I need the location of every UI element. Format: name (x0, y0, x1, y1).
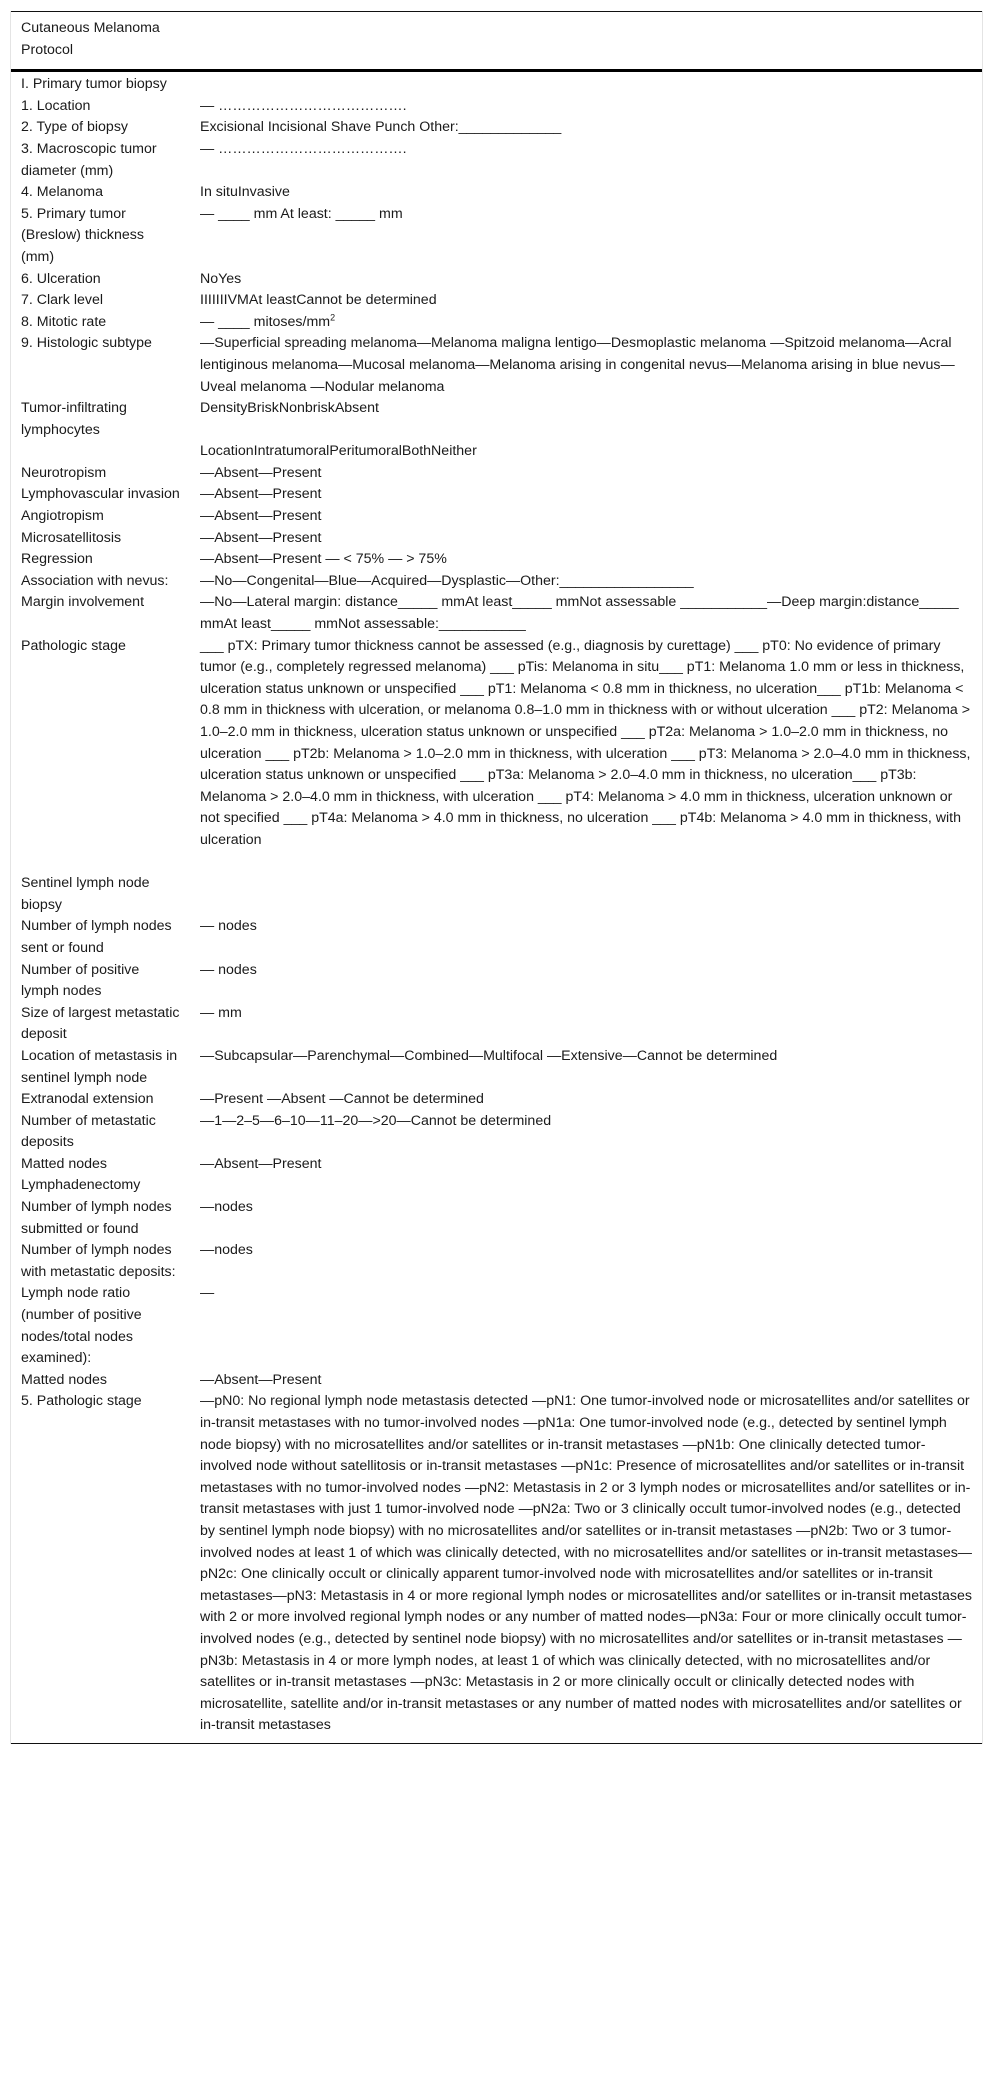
row-label: Tumor-infiltrating lymphocytes (11, 398, 190, 463)
value-text: —No—Congenital—Blue—Acquired—Dysplastic—… (200, 573, 694, 589)
protocol-table-container: Cutaneous Melanoma Protocol I. Primary t… (10, 11, 983, 1744)
row-value: —Absent—Present (190, 1370, 982, 1392)
table-row: Lymph node ratio (number of positive nod… (11, 1283, 982, 1369)
table-row: 9. Histologic subtype —Superficial sprea… (11, 333, 982, 398)
row-value: Excisional Incisional Shave Punch Other:… (190, 117, 982, 139)
table-body: I. Primary tumor biopsy 1. Location — ……… (11, 71, 982, 1744)
row-value-text: —nodes (200, 1240, 972, 1262)
value-text: IIIIIIIVMAt leastCannot be determined (200, 292, 437, 308)
row-value: —Absent—Present — < 75% — > 75% (190, 549, 982, 571)
row-value-text: — nodes (200, 960, 972, 982)
value-text: —1—2–5—6–10—11–20—>20—Cannot be determin… (200, 1113, 551, 1129)
table-row: 8. Mitotic rate — ____ mitoses/mm2 (11, 312, 982, 334)
row-value: — mm (190, 1003, 982, 1046)
value-text: —Absent—Present (200, 486, 321, 502)
row-value: NoYes (190, 269, 982, 291)
table-row: Margin involvement —No—Lateral margin: d… (11, 592, 982, 635)
row-value: —nodes (190, 1240, 982, 1283)
row-label: 5. Primary tumor (Breslow) thickness (mm… (11, 204, 190, 269)
row-value: In situInvasive (190, 182, 982, 204)
row-value-text: — nodes (200, 916, 972, 938)
table-row: Number of metastatic deposits —1—2–5—6–1… (11, 1111, 982, 1154)
value-text: —Absent—Present (200, 530, 321, 546)
value-text: —Superficial spreading melanoma—Melanoma… (200, 335, 955, 394)
table-title: Cutaneous Melanoma Protocol (21, 18, 181, 61)
row-value-text: —Absent—Present (200, 1370, 972, 1392)
row-value-text: — mm (200, 1003, 972, 1025)
row-value: —Absent—Present (190, 1154, 982, 1176)
row-label: 1. Location (11, 96, 190, 118)
row-value: —Absent—Present (190, 506, 982, 528)
table-row: Size of largest metastatic deposit — mm (11, 1003, 982, 1046)
table-row: Association with nevus: —No—Congenital—B… (11, 571, 982, 593)
row-value: —Superficial spreading melanoma—Melanoma… (190, 333, 982, 398)
row-value-text: DensityBriskNonbriskAbsent (200, 398, 972, 420)
row-value: — (190, 1283, 982, 1369)
value-text: — nodes (200, 962, 257, 978)
row-label: Number of lymph nodes with metastatic de… (11, 1240, 190, 1283)
row-value (190, 873, 982, 916)
table-header: Cutaneous Melanoma Protocol (11, 12, 982, 71)
row-value-text: ___ pTX: Primary tumor thickness cannot … (200, 636, 972, 852)
table-row: Matted nodes —Absent—Present (11, 1370, 982, 1392)
row-label: Number of lymph nodes submitted or found (11, 1197, 190, 1240)
row-value-text: — …………………………………. (200, 139, 972, 161)
row-value-text: — …………………………………. (200, 96, 972, 118)
table-row: Regression —Absent—Present — < 75% — > 7… (11, 549, 982, 571)
value-text: DensityBriskNonbriskAbsent (200, 400, 379, 416)
row-value-text: LocationIntratumoralPeritumoralBothNeith… (200, 441, 972, 463)
table-row: Lymphadenectomy (11, 1175, 982, 1197)
row-value-text: IIIIIIIVMAt leastCannot be determined (200, 290, 972, 312)
row-value: —1—2–5—6–10—11–20—>20—Cannot be determin… (190, 1111, 982, 1154)
table-header-row: Cutaneous Melanoma Protocol (11, 12, 982, 71)
value-text: In situInvasive (200, 184, 290, 200)
row-value: — nodes (190, 960, 982, 1003)
row-value: —pN0: No regional lymph node metastasis … (190, 1391, 982, 1743)
table-row: Number of lymph nodes submitted or found… (11, 1197, 982, 1240)
value-text: — ____ mitoses/mm (200, 314, 330, 330)
table-row: Number of lymph nodes with metastatic de… (11, 1240, 982, 1283)
row-value: — …………………………………. (190, 139, 982, 182)
row-value-text: — (200, 1283, 972, 1305)
row-value-text: — ____ mm At least: _____ mm (200, 204, 972, 226)
value-text: —Absent—Present (200, 1372, 321, 1388)
value-text: —Absent—Present (200, 508, 321, 524)
table-row: Tumor-infiltrating lymphocytes DensityBr… (11, 398, 982, 463)
row-value: —Present —Absent —Cannot be determined (190, 1089, 982, 1111)
table-row: 7. Clark level IIIIIIIVMAt leastCannot b… (11, 290, 982, 312)
row-value: — ____ mitoses/mm2 (190, 312, 982, 334)
row-value: —Absent—Present (190, 463, 982, 485)
table-row: Lymphovascular invasion —Absent—Present (11, 484, 982, 506)
row-label: 3. Macroscopic tumor diameter (mm) (11, 139, 190, 182)
row-value-text: Excisional Incisional Shave Punch Other:… (200, 117, 972, 139)
value-text: —No—Lateral margin: distance_____ mmAt l… (200, 594, 959, 632)
row-value: ___ pTX: Primary tumor thickness cannot … (190, 636, 982, 874)
row-value (190, 71, 982, 96)
table-row: Matted nodes —Absent—Present (11, 1154, 982, 1176)
table-row: Number of positive lymph nodes — nodes (11, 960, 982, 1003)
row-value: DensityBriskNonbriskAbsentLocationIntrat… (190, 398, 982, 463)
table-row: 3. Macroscopic tumor diameter (mm) — ………… (11, 139, 982, 182)
table-row: 2. Type of biopsy Excisional Incisional … (11, 117, 982, 139)
row-value-text: —Absent—Present (200, 528, 972, 550)
value-text: — nodes (200, 918, 257, 934)
row-value-text: —No—Lateral margin: distance_____ mmAt l… (200, 592, 972, 635)
row-value-text: —Absent—Present (200, 1154, 972, 1176)
unit-superscript: 2 (330, 312, 335, 322)
value-text: —Absent—Present — < 75% — > 75% (200, 551, 447, 567)
row-label: 5. Pathologic stage (11, 1391, 190, 1743)
row-value: — …………………………………. (190, 96, 982, 118)
table-row: 6. Ulceration NoYes (11, 269, 982, 291)
row-value-text: —Absent—Present (200, 506, 972, 528)
row-label: Size of largest metastatic deposit (11, 1003, 190, 1046)
row-label: 4. Melanoma (11, 182, 190, 204)
table-row: Extranodal extension —Present —Absent —C… (11, 1089, 982, 1111)
value-text: —nodes (200, 1199, 253, 1215)
table-row: 5. Pathologic stage —pN0: No regional ly… (11, 1391, 982, 1743)
row-label: 9. Histologic subtype (11, 333, 190, 398)
table-row: Angiotropism —Absent—Present (11, 506, 982, 528)
table-row: Sentinel lymph node biopsy (11, 873, 982, 916)
row-label: Number of positive lymph nodes (11, 960, 190, 1003)
row-label: Pathologic stage (11, 636, 190, 874)
row-value: —Absent—Present (190, 528, 982, 550)
row-label: Association with nevus: (11, 571, 190, 593)
value-text: —Subcapsular—Parenchymal—Combined—Multif… (200, 1048, 777, 1064)
row-label: 8. Mitotic rate (11, 312, 190, 334)
row-label: Sentinel lymph node biopsy (11, 873, 190, 916)
table-row: I. Primary tumor biopsy (11, 71, 982, 96)
row-value-text: —No—Congenital—Blue—Acquired—Dysplastic—… (200, 571, 972, 593)
row-label: Regression (11, 549, 190, 571)
row-value-text: —Subcapsular—Parenchymal—Combined—Multif… (200, 1046, 972, 1068)
value-text: —Absent—Present (200, 465, 321, 481)
table-row: Number of lymph nodes sent or found — no… (11, 916, 982, 959)
row-label: 2. Type of biopsy (11, 117, 190, 139)
row-value: —Subcapsular—Parenchymal—Combined—Multif… (190, 1046, 982, 1089)
value-text: —nodes (200, 1242, 253, 1258)
value-text: —Present —Absent —Cannot be determined (200, 1091, 484, 1107)
row-value-text: —Superficial spreading melanoma—Melanoma… (200, 333, 972, 398)
row-label: Angiotropism (11, 506, 190, 528)
row-value-text: —Absent—Present (200, 463, 972, 485)
row-label: Number of lymph nodes sent or found (11, 916, 190, 959)
row-value-text: — ____ mitoses/mm2 (200, 312, 972, 334)
row-label: Margin involvement (11, 592, 190, 635)
row-value: —No—Congenital—Blue—Acquired—Dysplastic—… (190, 571, 982, 593)
row-value: —Absent—Present (190, 484, 982, 506)
table-row: Microsatellitosis —Absent—Present (11, 528, 982, 550)
row-value-text: In situInvasive (200, 182, 972, 204)
row-label: Location of metastasis in sentinel lymph… (11, 1046, 190, 1089)
row-value-text: —1—2–5—6–10—11–20—>20—Cannot be determin… (200, 1111, 972, 1133)
row-value: — nodes (190, 916, 982, 959)
row-value: IIIIIIIVMAt leastCannot be determined (190, 290, 982, 312)
row-label: Microsatellitosis (11, 528, 190, 550)
table-row: Neurotropism —Absent—Present (11, 463, 982, 485)
row-label: Lymphadenectomy (11, 1175, 190, 1197)
value-text: — ____ mm At least: _____ mm (200, 206, 403, 222)
row-label: 6. Ulceration (11, 269, 190, 291)
value-text: — …………………………………. (200, 141, 407, 157)
row-label: 7. Clark level (11, 290, 190, 312)
value-text: — (200, 1285, 214, 1301)
table-row: 4. Melanoma In situInvasive (11, 182, 982, 204)
row-value-text: —Present —Absent —Cannot be determined (200, 1089, 972, 1111)
table-row: 1. Location — …………………………………. (11, 96, 982, 118)
value-text: Excisional Incisional Shave Punch Other:… (200, 119, 561, 135)
row-value-text: —nodes (200, 1197, 972, 1219)
cutaneous-melanoma-protocol-table: Cutaneous Melanoma Protocol I. Primary t… (11, 11, 982, 1744)
row-label: Neurotropism (11, 463, 190, 485)
row-label: Number of metastatic deposits (11, 1111, 190, 1154)
row-label: Lymph node ratio (number of positive nod… (11, 1283, 190, 1369)
row-value-text: —pN0: No regional lymph node metastasis … (200, 1391, 972, 1737)
row-value-text: —Absent—Present (200, 484, 972, 506)
row-label: I. Primary tumor biopsy (11, 71, 190, 96)
value-text: NoYes (200, 271, 241, 287)
value-text: ___ pTX: Primary tumor thickness cannot … (200, 638, 970, 848)
row-label: Extranodal extension (11, 1089, 190, 1111)
value-text: —Absent—Present (200, 1156, 321, 1172)
table-row: Location of metastasis in sentinel lymph… (11, 1046, 982, 1089)
value-text: — …………………………………. (200, 98, 407, 114)
table-row: 5. Primary tumor (Breslow) thickness (mm… (11, 204, 982, 269)
row-label: Matted nodes (11, 1154, 190, 1176)
value-text: LocationIntratumoralPeritumoralBothNeith… (200, 443, 477, 459)
row-value: — ____ mm At least: _____ mm (190, 204, 982, 269)
row-value-text: —Absent—Present — < 75% — > 75% (200, 549, 972, 571)
value-text: —pN0: No regional lymph node metastasis … (200, 1393, 972, 1733)
table-row: Pathologic stage ___ pTX: Primary tumor … (11, 636, 982, 874)
row-value-text: NoYes (200, 269, 972, 291)
row-value: —No—Lateral margin: distance_____ mmAt l… (190, 592, 982, 635)
value-text: — mm (200, 1005, 242, 1021)
row-label: Matted nodes (11, 1370, 190, 1392)
row-value (190, 1175, 982, 1197)
row-value: —nodes (190, 1197, 982, 1240)
row-label: Lymphovascular invasion (11, 484, 190, 506)
